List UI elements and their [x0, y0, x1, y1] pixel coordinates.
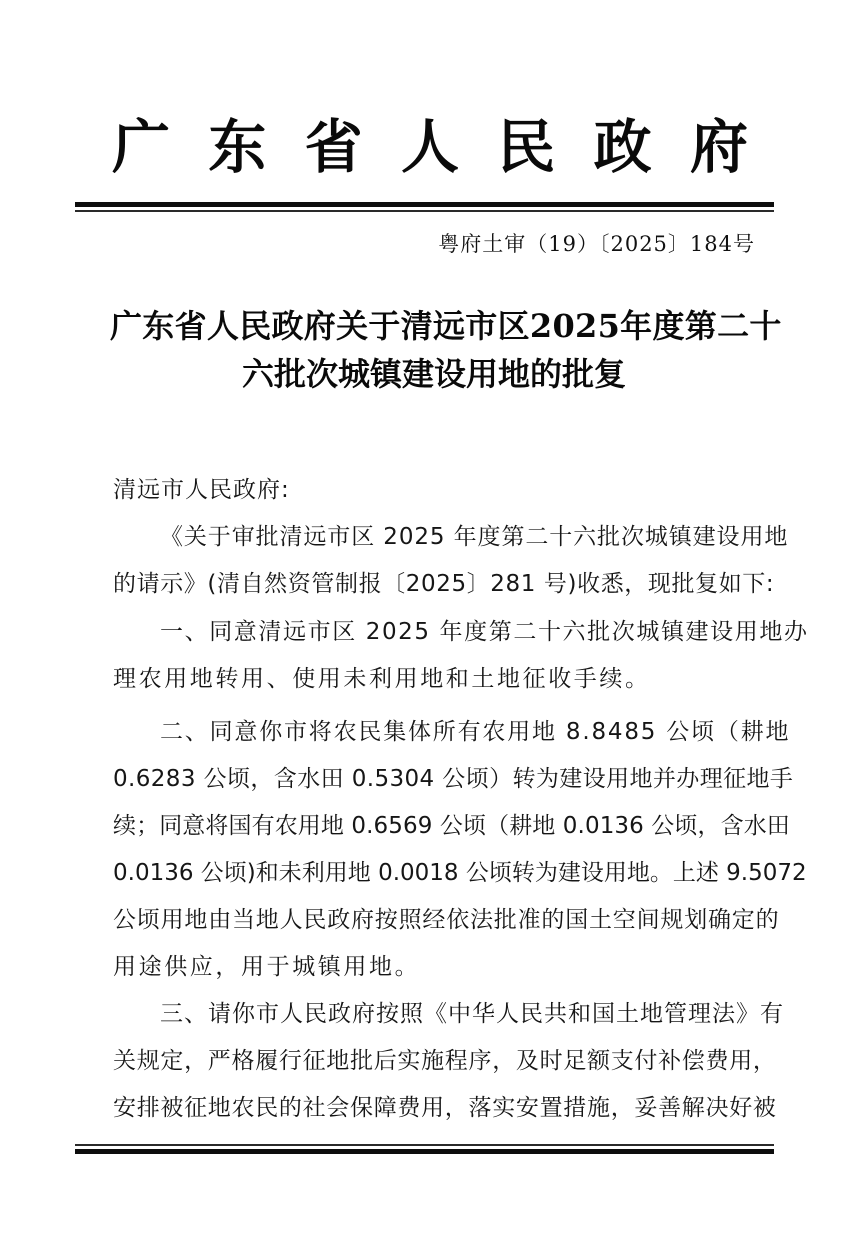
footer-rule-thin: [75, 1144, 774, 1146]
masthead-char: 广: [110, 112, 172, 182]
body-line: 0.6283 公顷，含水田 0.5304 公顷）转为建设用地并办理征地手: [113, 763, 793, 795]
body-line: 0.0136 公顷)和未利用地 0.0018 公顷转为建设用地。上述 9.507…: [113, 857, 807, 889]
masthead-char: 人: [399, 112, 461, 182]
document-title-line-1: 广东省人民政府关于清远市区2025年度第二十: [110, 302, 750, 350]
masthead-char: 东: [206, 112, 268, 182]
header-rule-thin: [75, 210, 774, 212]
footer-rule-thick: [75, 1149, 774, 1154]
document-number: 粤府土审（19）〔2025〕184号: [438, 229, 755, 259]
body-line: 《关于审批清远市区 2025 年度第二十六批次城镇建设用地: [160, 521, 788, 553]
body-line: 三、请你市人民政府按照《中华人民共和国土地管理法》有: [160, 998, 784, 1030]
body-line: 安排被征地农民的社会保障费用，落实安置措施，妥善解决好被: [113, 1092, 777, 1124]
header-rule-thick: [75, 202, 774, 207]
body-line: 用途供应，用于城镇用地。: [113, 951, 420, 983]
body-line: 续；同意将国有农用地 0.6569 公顷（耕地 0.0136 公顷，含水田: [113, 810, 790, 842]
body-line: 二、同意你市将农民集体所有农用地 8.8485 公顷（耕地: [160, 716, 790, 748]
document-page: 广 东 省 人 民 政 府 粤府土审（19）〔2025〕184号 广东省人民政府…: [0, 0, 850, 1242]
masthead-char: 政: [592, 112, 654, 182]
masthead-char: 府: [688, 112, 750, 182]
body-line: 一、同意清远市区 2025 年度第二十六批次城镇建设用地办: [160, 616, 809, 648]
masthead-issuer: 广 东 省 人 民 政 府: [110, 112, 750, 182]
body-line: 公顷用地由当地人民政府按照经依法批准的国土空间规划确定的: [113, 904, 779, 936]
masthead-char: 省: [303, 112, 365, 182]
body-line: 关规定，严格履行征地批后实施程序，及时足额支付补偿费用，: [113, 1045, 777, 1077]
salutation: 清远市人民政府:: [113, 474, 290, 506]
body-line: 的请示》(清自然资管制报〔2025〕281 号)收悉，现批复如下:: [113, 568, 774, 600]
body-line: 理农用地转用、使用未利用地和土地征收手续。: [113, 663, 651, 695]
document-title-line-2: 六批次城镇建设用地的批复: [242, 350, 850, 398]
masthead-char: 民: [495, 112, 557, 182]
